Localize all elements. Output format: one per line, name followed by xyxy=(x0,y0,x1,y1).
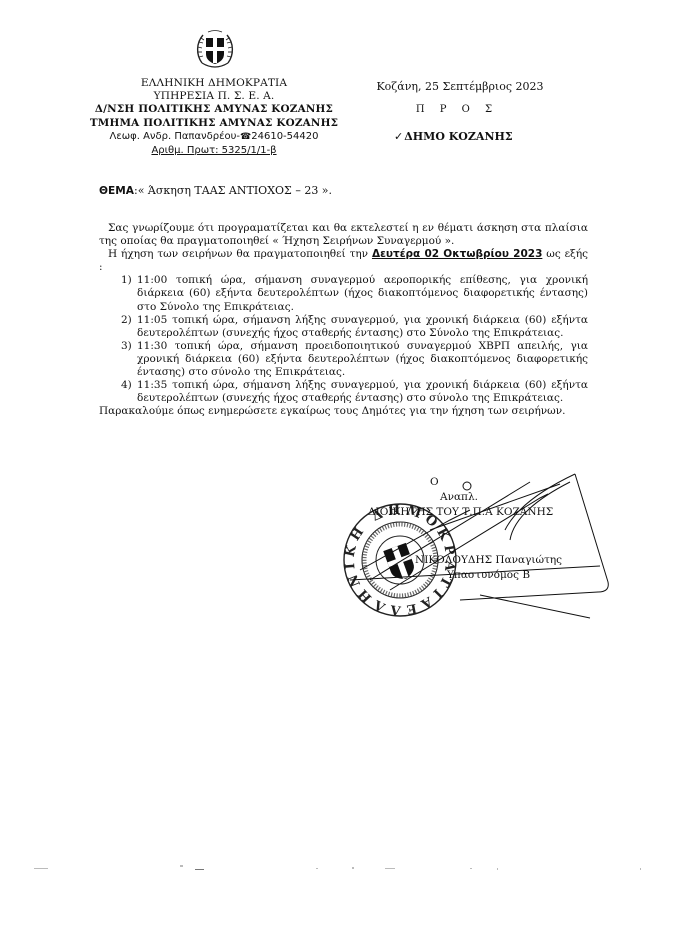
closing-paragraph: Παρακαλούμε όπως ενημερώσετε εγκαίρως το… xyxy=(99,405,588,418)
letter-body: Σας γνωρίζουμε ότι προγραματίζεται και θ… xyxy=(99,222,588,418)
telephone-icon: ☎ xyxy=(240,132,251,142)
item-text: 11:30 τοπική ώρα, σήμανση προειδοποιητικ… xyxy=(137,340,588,378)
schedule-prefix: Η ήχηση των σειρήνων θα πραγματοποιηθεί … xyxy=(108,248,372,260)
item-text: 11:00 τοπική ώρα, σήμανση συναγερμού αερ… xyxy=(137,274,588,312)
schedule-paragraph: Η ήχηση των σειρήνων θα πραγματοποιηθεί … xyxy=(99,248,588,274)
list-item: 3)11:30 τοπική ώρα, σήμανση προειδοποιητ… xyxy=(99,340,588,379)
signature-block: ΕΛΛΗΝΙΚΗ ΔΗΜΟΚΡΑΤΙΑ xyxy=(330,470,630,650)
authority-line-3: Δ/ΝΣΗ ΠΟΛΙΤΙΚΗΣ ΑΜΥΝΑΣ ΚΟΖΑΝΗΣ xyxy=(80,103,348,116)
intro-paragraph: Σας γνωρίζουμε ότι προγραματίζεται και θ… xyxy=(99,222,588,248)
list-item: 2)11:05 τοπική ώρα, σήμανση λήξης συναγε… xyxy=(99,314,588,340)
item-number: 3) xyxy=(121,340,132,353)
item-number: 4) xyxy=(121,379,132,392)
signature-rank: Υπαστυνόμος Β xyxy=(447,569,530,581)
subject-label: ΘΕΜΑ xyxy=(99,185,134,197)
subject-text: :« Άσκηση ΤΑΑΣ ΑΝΤΙΟΧΟΣ – 23 ». xyxy=(134,184,332,197)
signature-article: Ο xyxy=(430,476,439,488)
item-number: 2) xyxy=(121,314,132,327)
to-label: Π Ρ Ο Σ xyxy=(370,104,544,115)
item-text: 11:35 τοπική ώρα, σήμανση λήξης συναγερμ… xyxy=(137,379,588,404)
address-line: Λεωφ. Ανδρ. Παπανδρέου-☎24610-54420 xyxy=(80,130,348,144)
signature-title: ΔΙΟΙΚΗΤΗΣ ΤΟΥ Τ.Π.Α ΚΟΖΑΝΗΣ xyxy=(368,506,553,518)
item-text: 11:05 τοπική ώρα, σήμανση λήξης συναγερμ… xyxy=(137,314,588,339)
list-item: 1)11:00 τοπική ώρα, σήμανση συναγερμού α… xyxy=(99,274,588,313)
greek-coat-of-arms-icon xyxy=(196,29,234,71)
schedule-list: 1)11:00 τοπική ώρα, σήμανση συναγερμού α… xyxy=(99,274,588,405)
check-mark-icon: ✓ xyxy=(394,130,403,143)
authority-line-1: ΕΛΛΗΝΙΚΗ ΔΗΜΟΚΡΑΤΙΑ xyxy=(80,77,348,90)
recipient-line: ✓ΔΗΜΟ ΚΟΖΑΝΗΣ xyxy=(394,130,513,143)
authority-line-2: ΥΠΗΡΕΣΙΑ Π. Σ. Ε. Α. xyxy=(80,90,348,103)
recipient-name: ΔΗΜΟ ΚΟΖΑΝΗΣ xyxy=(404,130,512,143)
item-number: 1) xyxy=(121,274,132,287)
signature-name: ΝΙΚΟΛΟΥΔΗΣ Παναγιώτης xyxy=(415,554,562,566)
phone-number: 24610-54420 xyxy=(251,131,318,142)
address-text: Λεωφ. Ανδρ. Παπανδρέου- xyxy=(110,131,241,142)
issuing-authority-block: ΕΛΛΗΝΙΚΗ ΔΗΜΟΚΡΑΤΙΑ ΥΠΗΡΕΣΙΑ Π. Σ. Ε. Α.… xyxy=(80,77,348,157)
letter-page: ΕΛΛΗΝΙΚΗ ΔΗΜΟΚΡΑΤΙΑ ΥΠΗΡΕΣΙΑ Π. Σ. Ε. Α.… xyxy=(0,0,681,943)
signature-deputy: Αναπλ. xyxy=(440,491,478,503)
list-item: 4)11:35 τοπική ώρα, σήμανση λήξης συναγε… xyxy=(99,379,588,405)
authority-line-4: ΤΜΗΜΑ ΠΟΛΙΤΙΚΗΣ ΑΜΥΝΑΣ ΚΟΖΑΝΗΣ xyxy=(80,117,348,130)
subject-line: ΘΕΜΑ:« Άσκηση ΤΑΑΣ ΑΝΤΙΟΧΟΣ – 23 ». xyxy=(99,184,332,197)
protocol-number: Αριθμ. Πρωτ: 5325/1/1-β xyxy=(80,144,348,157)
scan-noise xyxy=(0,862,681,872)
schedule-date: Δευτέρα 02 Οκτωβρίου 2023 xyxy=(372,248,542,260)
date-line: Κοζάνη, 25 Σεπτέμβριος 2023 xyxy=(370,80,550,93)
